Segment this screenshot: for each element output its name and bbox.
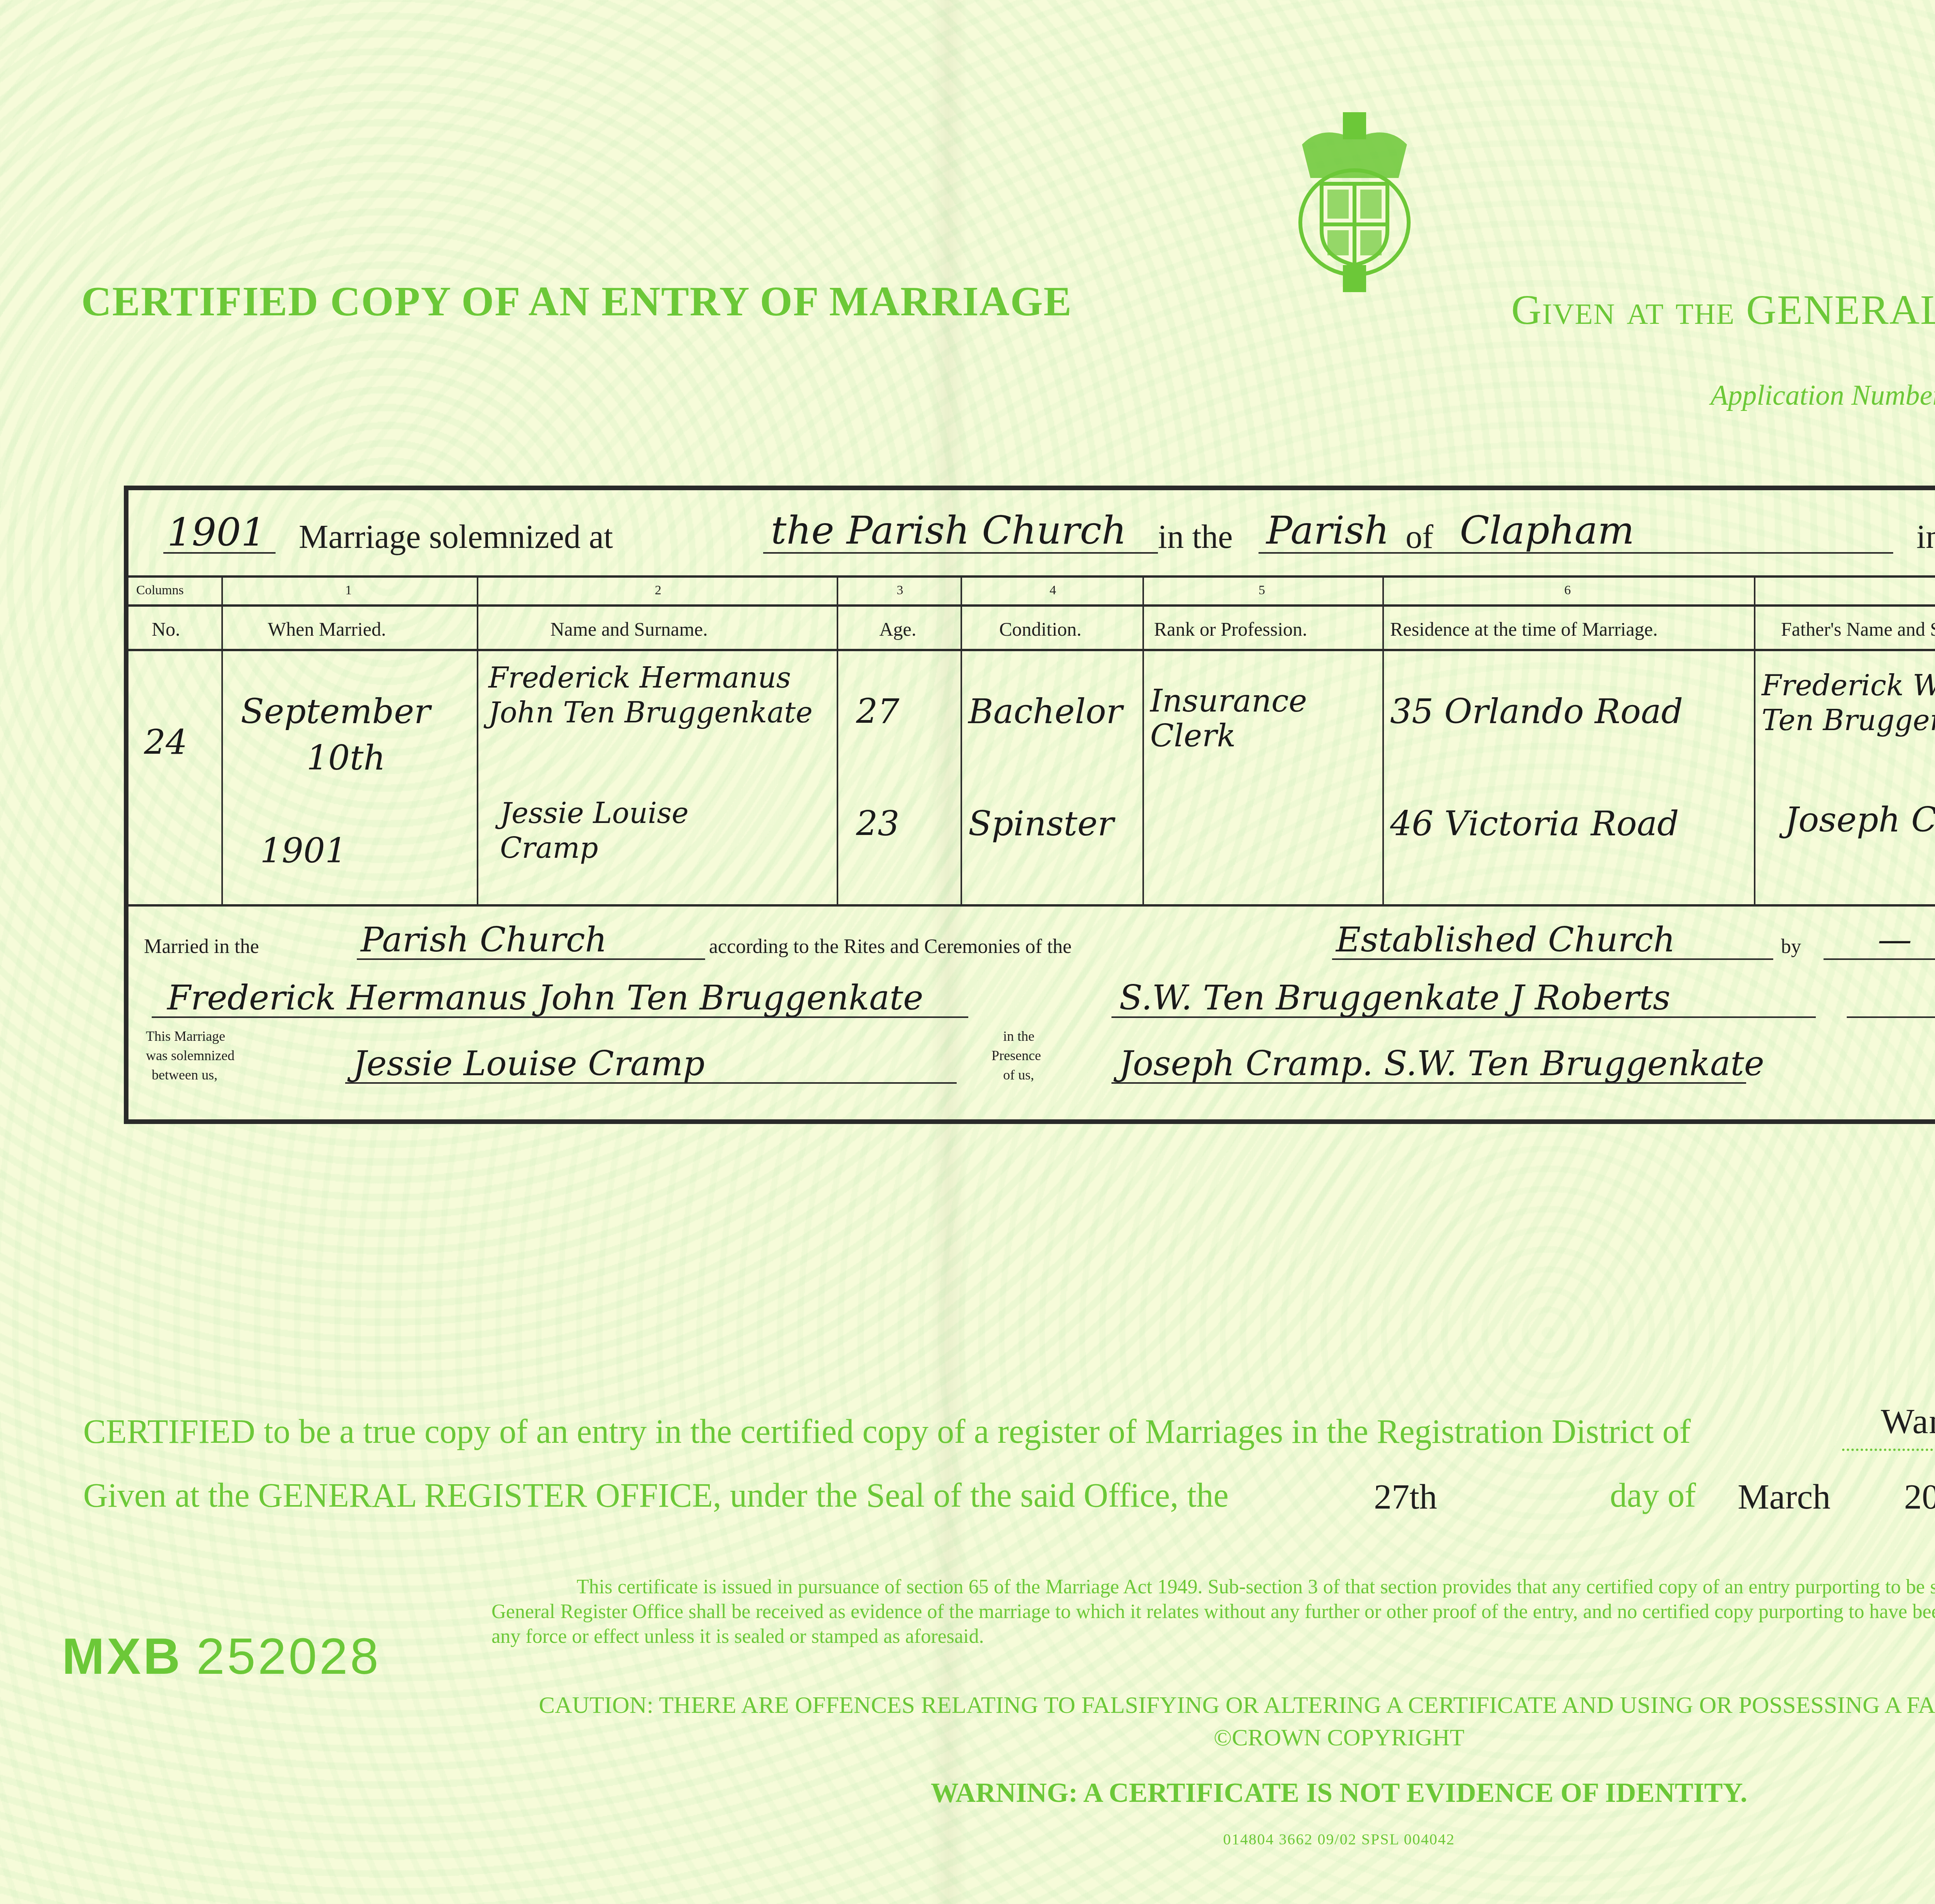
identity-warning: WARNING: A CERTIFICATE IS NOT EVIDENCE O… <box>503 1777 1935 1809</box>
rites-underline <box>1332 958 1773 960</box>
county-label: in the County of <box>1916 517 1935 556</box>
certification-year: 2003 <box>1904 1476 1935 1517</box>
signature-officiant-underline <box>1847 1016 1935 1018</box>
column-number: 2 <box>655 583 661 598</box>
signature-witnesses-2: Joseph Cramp. S.W. Ten Bruggenkate <box>1119 1044 1764 1083</box>
register-year: 1901 <box>167 510 266 555</box>
groom-age: 27 <box>856 691 899 731</box>
signature-witnesses-1: S.W. Ten Bruggenkate J Roberts <box>1119 978 1670 1018</box>
certificate-title: CERTIFIED COPY OF AN ENTRY OF MARRIAGE <box>81 278 1072 326</box>
col-divider <box>221 575 223 904</box>
married-in-underline <box>357 958 705 960</box>
column-number: 1 <box>345 583 352 598</box>
district-name: Clapham <box>1460 508 1634 553</box>
by-label: by <box>1781 935 1801 958</box>
district-dotted-line <box>1842 1449 1935 1451</box>
in-the-label: in the <box>1158 517 1233 556</box>
bride-condition: Spinster <box>968 804 1114 843</box>
married-in-label: Married in the <box>144 935 259 958</box>
header-name: Name and Surname. <box>550 618 708 640</box>
royal-crest-icon <box>1289 110 1420 296</box>
groom-condition: Bachelor <box>968 691 1122 731</box>
solemnized-label: Marriage solemnized at <box>299 517 613 556</box>
header-profession: Rank or Profession. <box>1154 618 1307 640</box>
column-number: 6 <box>1564 583 1571 598</box>
presence-label-1: in the <box>1003 1028 1034 1044</box>
certificate-serial: MXB252028 <box>62 1627 381 1685</box>
signature-witnesses-2-underline <box>1111 1082 1746 1084</box>
married-in-value: Parish Church <box>361 920 607 960</box>
bride-father-name: Joseph Cramp <box>1785 800 1935 840</box>
when-married-month: September <box>241 691 430 731</box>
presence-label-2: Presence <box>991 1047 1041 1064</box>
legal-notice: This certificate is issued in pursuance … <box>491 1575 1935 1649</box>
serial-number: 252028 <box>196 1628 380 1685</box>
rites-value: Established Church <box>1336 920 1675 960</box>
registration-district: Wandsworth <box>1881 1401 1935 1442</box>
district-underline <box>1259 552 1893 554</box>
between-label-2: was solemnized <box>146 1047 235 1064</box>
col-divider <box>961 575 962 904</box>
column-number: 5 <box>1259 583 1265 598</box>
issuer-heading: Given at the GENERAL REGISTER OFFICE <box>1511 286 1935 334</box>
place-underline <box>763 552 1158 554</box>
signature-witnesses-1-underline <box>1111 1016 1816 1018</box>
groom-name: Frederick Hermanus John Ten Bruggenkate <box>488 660 829 730</box>
print-code: 014804 3662 09/02 SPSL 004042 <box>503 1830 1935 1848</box>
certification-day: 27th <box>1374 1476 1437 1517</box>
groom-profession: Insurance Clerk <box>1150 684 1375 753</box>
year-underline <box>163 552 276 554</box>
between-label-3: between us, <box>152 1067 217 1083</box>
header-rule-top <box>128 575 1935 578</box>
bride-age: 23 <box>856 804 899 843</box>
col-divider <box>837 575 838 904</box>
bride-name: Jessie Louise Cramp <box>500 796 771 866</box>
certification-statement: CERTIFIED to be a true copy of an entry … <box>83 1412 1691 1451</box>
header-no: No. <box>152 618 180 640</box>
columns-label: Columns <box>136 583 184 598</box>
by-value: — <box>1878 920 1912 960</box>
header-residence: Residence at the time of Marriage. <box>1390 618 1658 640</box>
when-married-year: 1901 <box>260 831 347 871</box>
signature-groom: Frederick Hermanus John Ten Bruggenkate <box>167 978 923 1018</box>
of-label: of <box>1406 517 1433 556</box>
col-divider <box>1382 575 1384 904</box>
header-rule-mid <box>128 604 1935 607</box>
application-number-label: Application Number <box>1711 379 1935 412</box>
groom-residence: 35 Orlando Road <box>1390 691 1683 731</box>
register-entry: 1901 Marriage solemnized at the Parish C… <box>124 486 1935 1124</box>
certification-month: March <box>1738 1476 1831 1517</box>
serial-prefix: MXB <box>62 1628 182 1685</box>
entry-rule-bottom <box>128 904 1935 907</box>
col-divider <box>1754 575 1755 904</box>
header-father-name: Father's Name and Surname. <box>1781 618 1935 640</box>
header-when-married: When Married. <box>268 618 386 640</box>
header-condition: Condition. <box>999 618 1082 640</box>
signature-groom-underline <box>152 1016 968 1018</box>
signature-bride-underline <box>345 1082 957 1084</box>
bride-residence: 46 Victoria Road <box>1390 804 1679 843</box>
column-number: 3 <box>897 583 903 598</box>
between-label-1: This Marriage <box>146 1028 225 1044</box>
groom-father-name: Frederick Weydemann Ten Bruggenkate <box>1762 668 1935 738</box>
district-type: Parish <box>1266 508 1389 553</box>
col-divider <box>477 575 478 904</box>
header-rule-bottom <box>128 649 1935 651</box>
marriage-place: the Parish Church <box>771 508 1127 553</box>
caution-notice: CAUTION: THERE ARE OFFENCES RELATING TO … <box>503 1689 1935 1754</box>
when-married-day: 10th <box>307 738 385 778</box>
rites-label: according to the Rites and Ceremonies of… <box>709 935 1072 958</box>
column-number: 4 <box>1050 583 1056 598</box>
col-divider <box>1142 575 1144 904</box>
by-underline <box>1824 958 1935 960</box>
entry-number: 24 <box>144 722 187 762</box>
signature-bride: Jessie Louise Cramp <box>353 1044 705 1083</box>
given-under-seal-statement: Given at the GENERAL REGISTER OFFICE, un… <box>83 1476 1229 1515</box>
day-of-label: day of <box>1610 1476 1696 1515</box>
presence-label-3: of us, <box>1003 1067 1034 1083</box>
header-age: Age. <box>879 618 916 640</box>
